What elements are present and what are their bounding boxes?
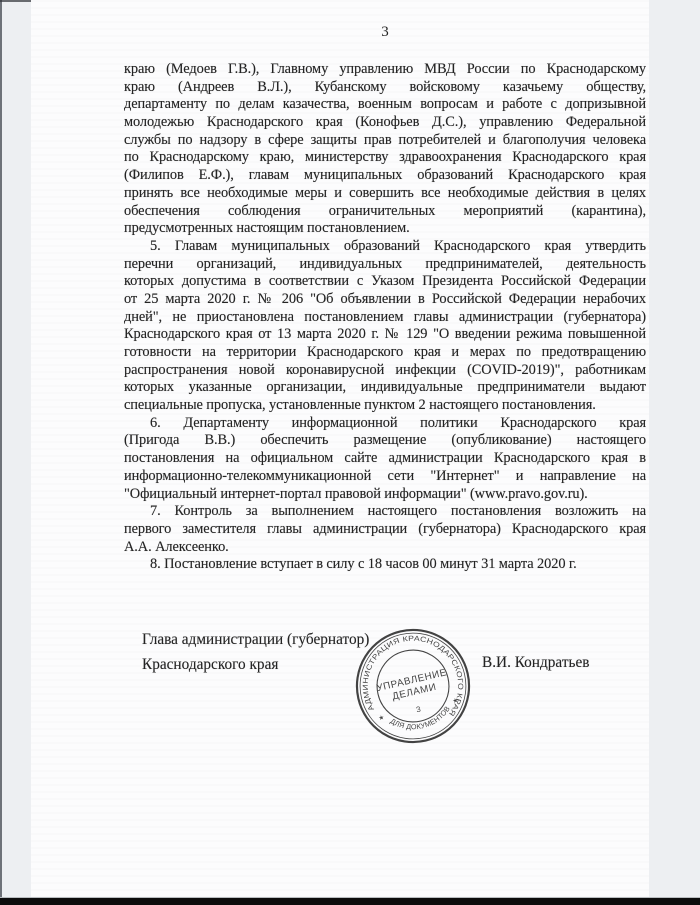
body-line: которых указанные организации, индивидуа… <box>124 379 646 397</box>
scanned-document-screenshot: { "page_number": "3", "body": { "paragra… <box>0 0 700 905</box>
body-line: 7. Контроль за выполнением настоящего по… <box>124 503 646 521</box>
scan-left-strip <box>0 0 31 905</box>
body-line: 6. Департаменту информационной политики … <box>124 415 646 433</box>
body-line: информационно-телекоммуникационной сети … <box>124 468 646 486</box>
signature-title-line2: Краснодарского края <box>142 656 278 674</box>
body-line: "Официальный интернет-портал правовой ин… <box>124 486 646 504</box>
body-line: постановления на официальном сайте админ… <box>124 450 646 468</box>
body-line: краю (Медоев Г.В.), Главному управлению … <box>124 61 646 79</box>
body-line: распространения новой коронавирусной инф… <box>124 362 646 380</box>
body-line: молодежью Краснодарского края (Конофьев … <box>124 114 646 132</box>
body-line: специальные пропуска, установленные пунк… <box>124 397 646 415</box>
body-line: (Филипов Е.Ф.), главам муниципальных обр… <box>124 167 646 185</box>
body-line: от 25 марта 2020 г. № 206 "Об объявлении… <box>124 291 646 309</box>
star-icon: ★ <box>378 714 385 722</box>
body-line: краю (Андреев В.Л.), Кубанскому войсково… <box>124 79 646 97</box>
body-line: 8. Постановление вступает в силу с 18 ча… <box>124 556 646 574</box>
body-line: перечни организаций, индивидуальных пред… <box>124 256 646 274</box>
stamp-page-number: 3 <box>415 704 422 714</box>
document-body: краю (Медоев Г.В.), Главному управлению … <box>124 61 646 574</box>
body-line: первого заместителя главы администрации … <box>124 521 646 539</box>
body-line: предусмотренных настоящим постановлением… <box>124 220 646 238</box>
body-line: А.А. Алексеенко. <box>124 539 646 557</box>
body-line: обеспечения соблюдения ограничительных м… <box>124 203 646 221</box>
star-icon: ★ <box>452 697 459 705</box>
body-line: службы по надзору в сфере защиты прав по… <box>124 132 646 150</box>
signer-name: В.И. Кондратьев <box>482 654 590 672</box>
scan-left-edge-line <box>0 0 2 905</box>
body-line: дней", не приостановлена постановлением … <box>124 309 646 327</box>
body-line: (Пригода В.В.) обеспечить размещение (оп… <box>124 432 646 450</box>
page-number: 3 <box>124 24 646 41</box>
signature-title-line1: Глава администрации (губернатор) <box>142 631 369 649</box>
body-line: по Краснодарскому краю, министерству здр… <box>124 149 646 167</box>
body-line: департаменту по делам казачества, военны… <box>124 96 646 114</box>
scan-bottom-bar <box>0 897 700 905</box>
body-line: 5. Главам муниципальных образований Крас… <box>124 238 646 256</box>
body-line: принять все необходимые меры и совершить… <box>124 185 646 203</box>
scan-right-strip <box>649 0 700 905</box>
body-line: Краснодарского края от 13 марта 2020 г. … <box>124 326 646 344</box>
body-line: которых допустима в соответствии с Указо… <box>124 273 646 291</box>
body-line: готовности на территории Краснодарского … <box>124 344 646 362</box>
